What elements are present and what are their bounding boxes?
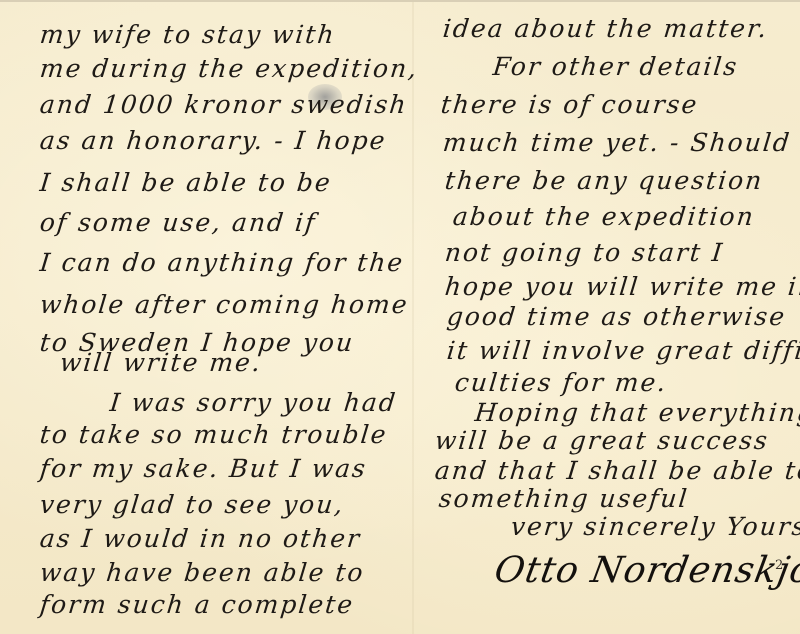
letter-line: my wife to stay with [38,20,337,49]
letter-line: not going to start I [443,238,725,267]
letter-line: I was sorry you had [108,388,398,417]
letter-line: about the expedition [451,202,756,231]
letter-line: will write me. [58,348,263,377]
page-number: 2 [775,558,783,573]
letter-line: form such a complete [38,590,355,619]
letter-line: for my sake. But I was [38,454,368,483]
letter-line: and 1000 kronor swedish [38,90,409,119]
letter-line: Hoping that everything [473,398,800,427]
letter-line: will be a great success [433,426,770,455]
letter-line: to take so much trouble [38,420,389,449]
letter-line: there be any question [443,166,764,195]
letter-line: as an honorary. - I hope [38,126,388,155]
letter-line: and that I shall be able to [433,456,800,485]
signature: Otto Nordenskjöld [491,550,800,591]
letter-line: it will involve great diffi- [445,336,800,365]
letter-line: idea about the matter. [441,14,769,43]
letter-line: culties for me. [453,368,668,397]
letter-line: hope you will write me in [443,272,800,301]
letter-line: something useful [437,484,690,513]
letter-line: of some use, and if [38,208,317,237]
letter-line: way have been able to [38,558,366,587]
letter-line: as I would in no other [38,524,362,553]
letter-line: I shall be able to be [38,168,333,197]
letter-line: whole after coming home [38,290,410,319]
closing-line: very sincerely Yours [509,512,800,541]
letter-line: there is of course [439,90,699,119]
letter-line: me during the expedition, [38,54,419,83]
letter-line: I can do anything for the [38,248,405,277]
letter-line: very glad to see you, [38,490,345,519]
letter-page: my wife to stay with me during the exped… [0,0,800,634]
letter-line: good time as otherwise [445,302,787,331]
paper-fold [412,2,414,634]
letter-line: For other details [491,52,739,81]
letter-line: much time yet. - Should [441,128,792,157]
